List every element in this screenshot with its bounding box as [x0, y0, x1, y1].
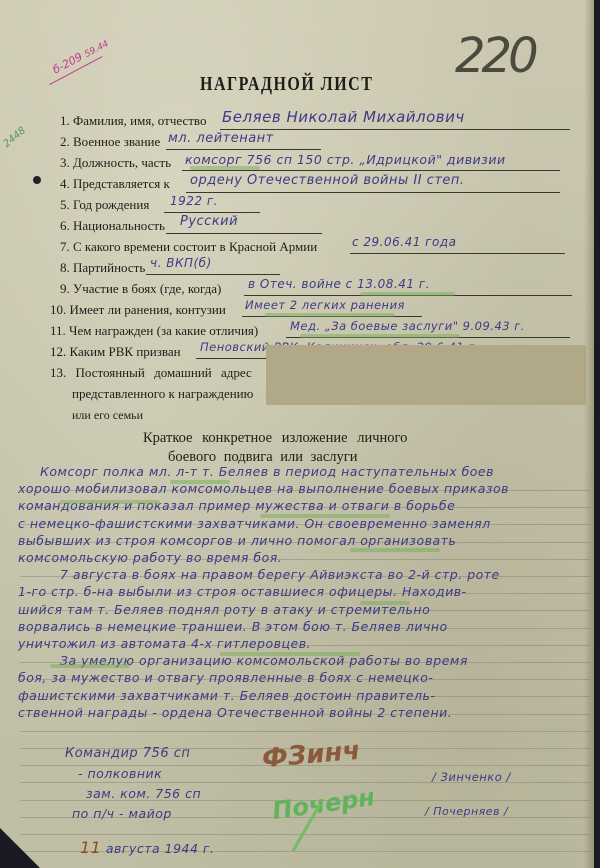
rule: [164, 212, 260, 213]
address-redaction-box: [266, 345, 586, 405]
green-smear: [300, 334, 460, 338]
commander-title: Командир 756 сп: [65, 746, 190, 761]
green-smear: [220, 652, 360, 656]
stamp-line-1: б-209: [51, 50, 85, 76]
narrative-line: ственной награды - ордена Отечественной …: [18, 705, 452, 720]
award-sheet: б-209 59.44 220 НАГРАДНОЙ ЛИСТ 2448 1. Ф…: [0, 0, 594, 868]
green-smear: [265, 313, 395, 317]
green-smear: [170, 480, 230, 484]
signing-date: 11 августа 1944 г.: [80, 838, 214, 857]
narrative-line: комсомольскую работу во время боя.: [18, 550, 282, 565]
narrative-line: выбывших из строя комсоргов и лично помо…: [18, 533, 456, 548]
field-value-wounds: Имеет 2 легких ранения: [245, 298, 405, 312]
narrative-line: хорошо мобилизовал комсомольцев на выпол…: [18, 481, 509, 496]
page-title: НАГРАДНОЙ ЛИСТ: [200, 74, 373, 97]
rule: [166, 233, 322, 234]
field-value-award: ордену Отечественной войны II степ.: [190, 173, 465, 188]
ruled-line: [20, 731, 590, 732]
narrative-line: с немецко-фашистскими захватчиками. Он с…: [18, 516, 491, 531]
deputy-title: зам. ком. 756 сп: [86, 786, 201, 801]
stamp-line-2: 59.44: [83, 39, 110, 60]
rule: [220, 129, 570, 130]
green-smear: [360, 292, 455, 296]
green-smear: [60, 500, 160, 504]
rule: [350, 253, 565, 254]
field-label-rank: 2. Военное звание: [60, 134, 160, 150]
field-value-battles: в Отеч. войне с 13.08.41 г.: [248, 277, 430, 291]
field-label-service-since: 7. С какого времени состоит в Красной Ар…: [60, 239, 317, 255]
green-smear: [260, 514, 390, 518]
field-label-position: 3. Должность, часть: [60, 155, 171, 171]
narrative-line: 1-го стр. б-на выбыли из строя оставшиес…: [18, 584, 467, 599]
field-value-nationality: Русский: [180, 214, 238, 229]
archive-number: 220: [455, 28, 535, 84]
commander-signature: ФЗинч: [261, 736, 362, 774]
field-label-address-1: 13. Постоянный домашний адрес: [50, 365, 252, 381]
field-value-birth-year: 1922 г.: [170, 194, 218, 208]
field-value-rank: мл. лейтенант: [168, 131, 274, 146]
field-value-party: ч. ВКП(б): [150, 256, 212, 270]
narrative-line: фашистскими захватчиками т. Беляев досто…: [18, 688, 435, 703]
field-label-birth-year: 5. Год рождения: [60, 197, 149, 213]
field-label-address-3: или его семьи: [72, 408, 143, 423]
torn-corner-fill: [0, 850, 22, 868]
field-label-name: 1. Фамилия, имя, отчество: [60, 113, 206, 129]
deputy-signature: Почерн: [271, 783, 377, 825]
rule: [146, 274, 280, 275]
narrative-line: 7 августа в боях на правом берегу Айвиэк…: [60, 567, 500, 582]
commander-name: / Зинченко /: [432, 770, 511, 784]
deputy-rank: по п/ч - майор: [72, 806, 172, 821]
field-value-name: Беляев Николай Михайлович: [222, 108, 465, 126]
field-label-nationality: 6. Национальность: [60, 218, 165, 234]
commander-rank: - полковник: [78, 766, 162, 781]
margin-number-green: 2448: [1, 125, 28, 150]
section-heading-line-1: Краткое конкретное изложение личного: [143, 430, 407, 447]
field-label-wounds: 10. Имеет ли ранения, контузии: [50, 302, 226, 318]
narrative-line: уничтожил из автомата 4-х гитлеровцев.: [18, 636, 311, 651]
narrative-line: ворвались в немецкие траншеи. В этом бою…: [18, 619, 448, 634]
field-label-party: 8. Партийность: [60, 260, 145, 276]
rule: [186, 192, 560, 193]
field-label-awards-held: 11. Чем награжден (за какие отличия): [50, 323, 258, 339]
narrative-line: Комсорг полка мл. л-т т. Беляев в период…: [40, 464, 494, 479]
field-label-recruitment: 12. Каким РВК призван: [50, 344, 181, 360]
deputy-name: / Почерняев /: [425, 805, 508, 818]
rule: [182, 170, 560, 171]
green-smear: [360, 601, 410, 605]
field-label-address-2: представленного к награждению: [72, 386, 253, 402]
field-label-battles: 9. Участие в боях (где, когда): [60, 281, 221, 297]
date-day: 11: [80, 838, 101, 857]
field-value-awards-held: Мед. „За боевые заслуги" 9.09.43 г.: [290, 319, 525, 333]
date-rest: августа 1944 г.: [106, 841, 215, 856]
field-label-award: 4. Представляется к: [60, 176, 170, 192]
rule: [166, 149, 321, 150]
field-value-service-since: с 29.06.41 года: [352, 235, 456, 249]
green-smear: [50, 664, 130, 668]
ink-blot: [33, 176, 41, 184]
ruled-line: [20, 834, 590, 835]
green-smear: [190, 166, 260, 170]
field-value-position: комсорг 756 сп 150 стр. „Идрицкой" дивиз…: [185, 152, 506, 167]
narrative-line: боя, за мужество и отвагу проявленные в …: [18, 670, 433, 685]
green-smear: [350, 548, 440, 552]
